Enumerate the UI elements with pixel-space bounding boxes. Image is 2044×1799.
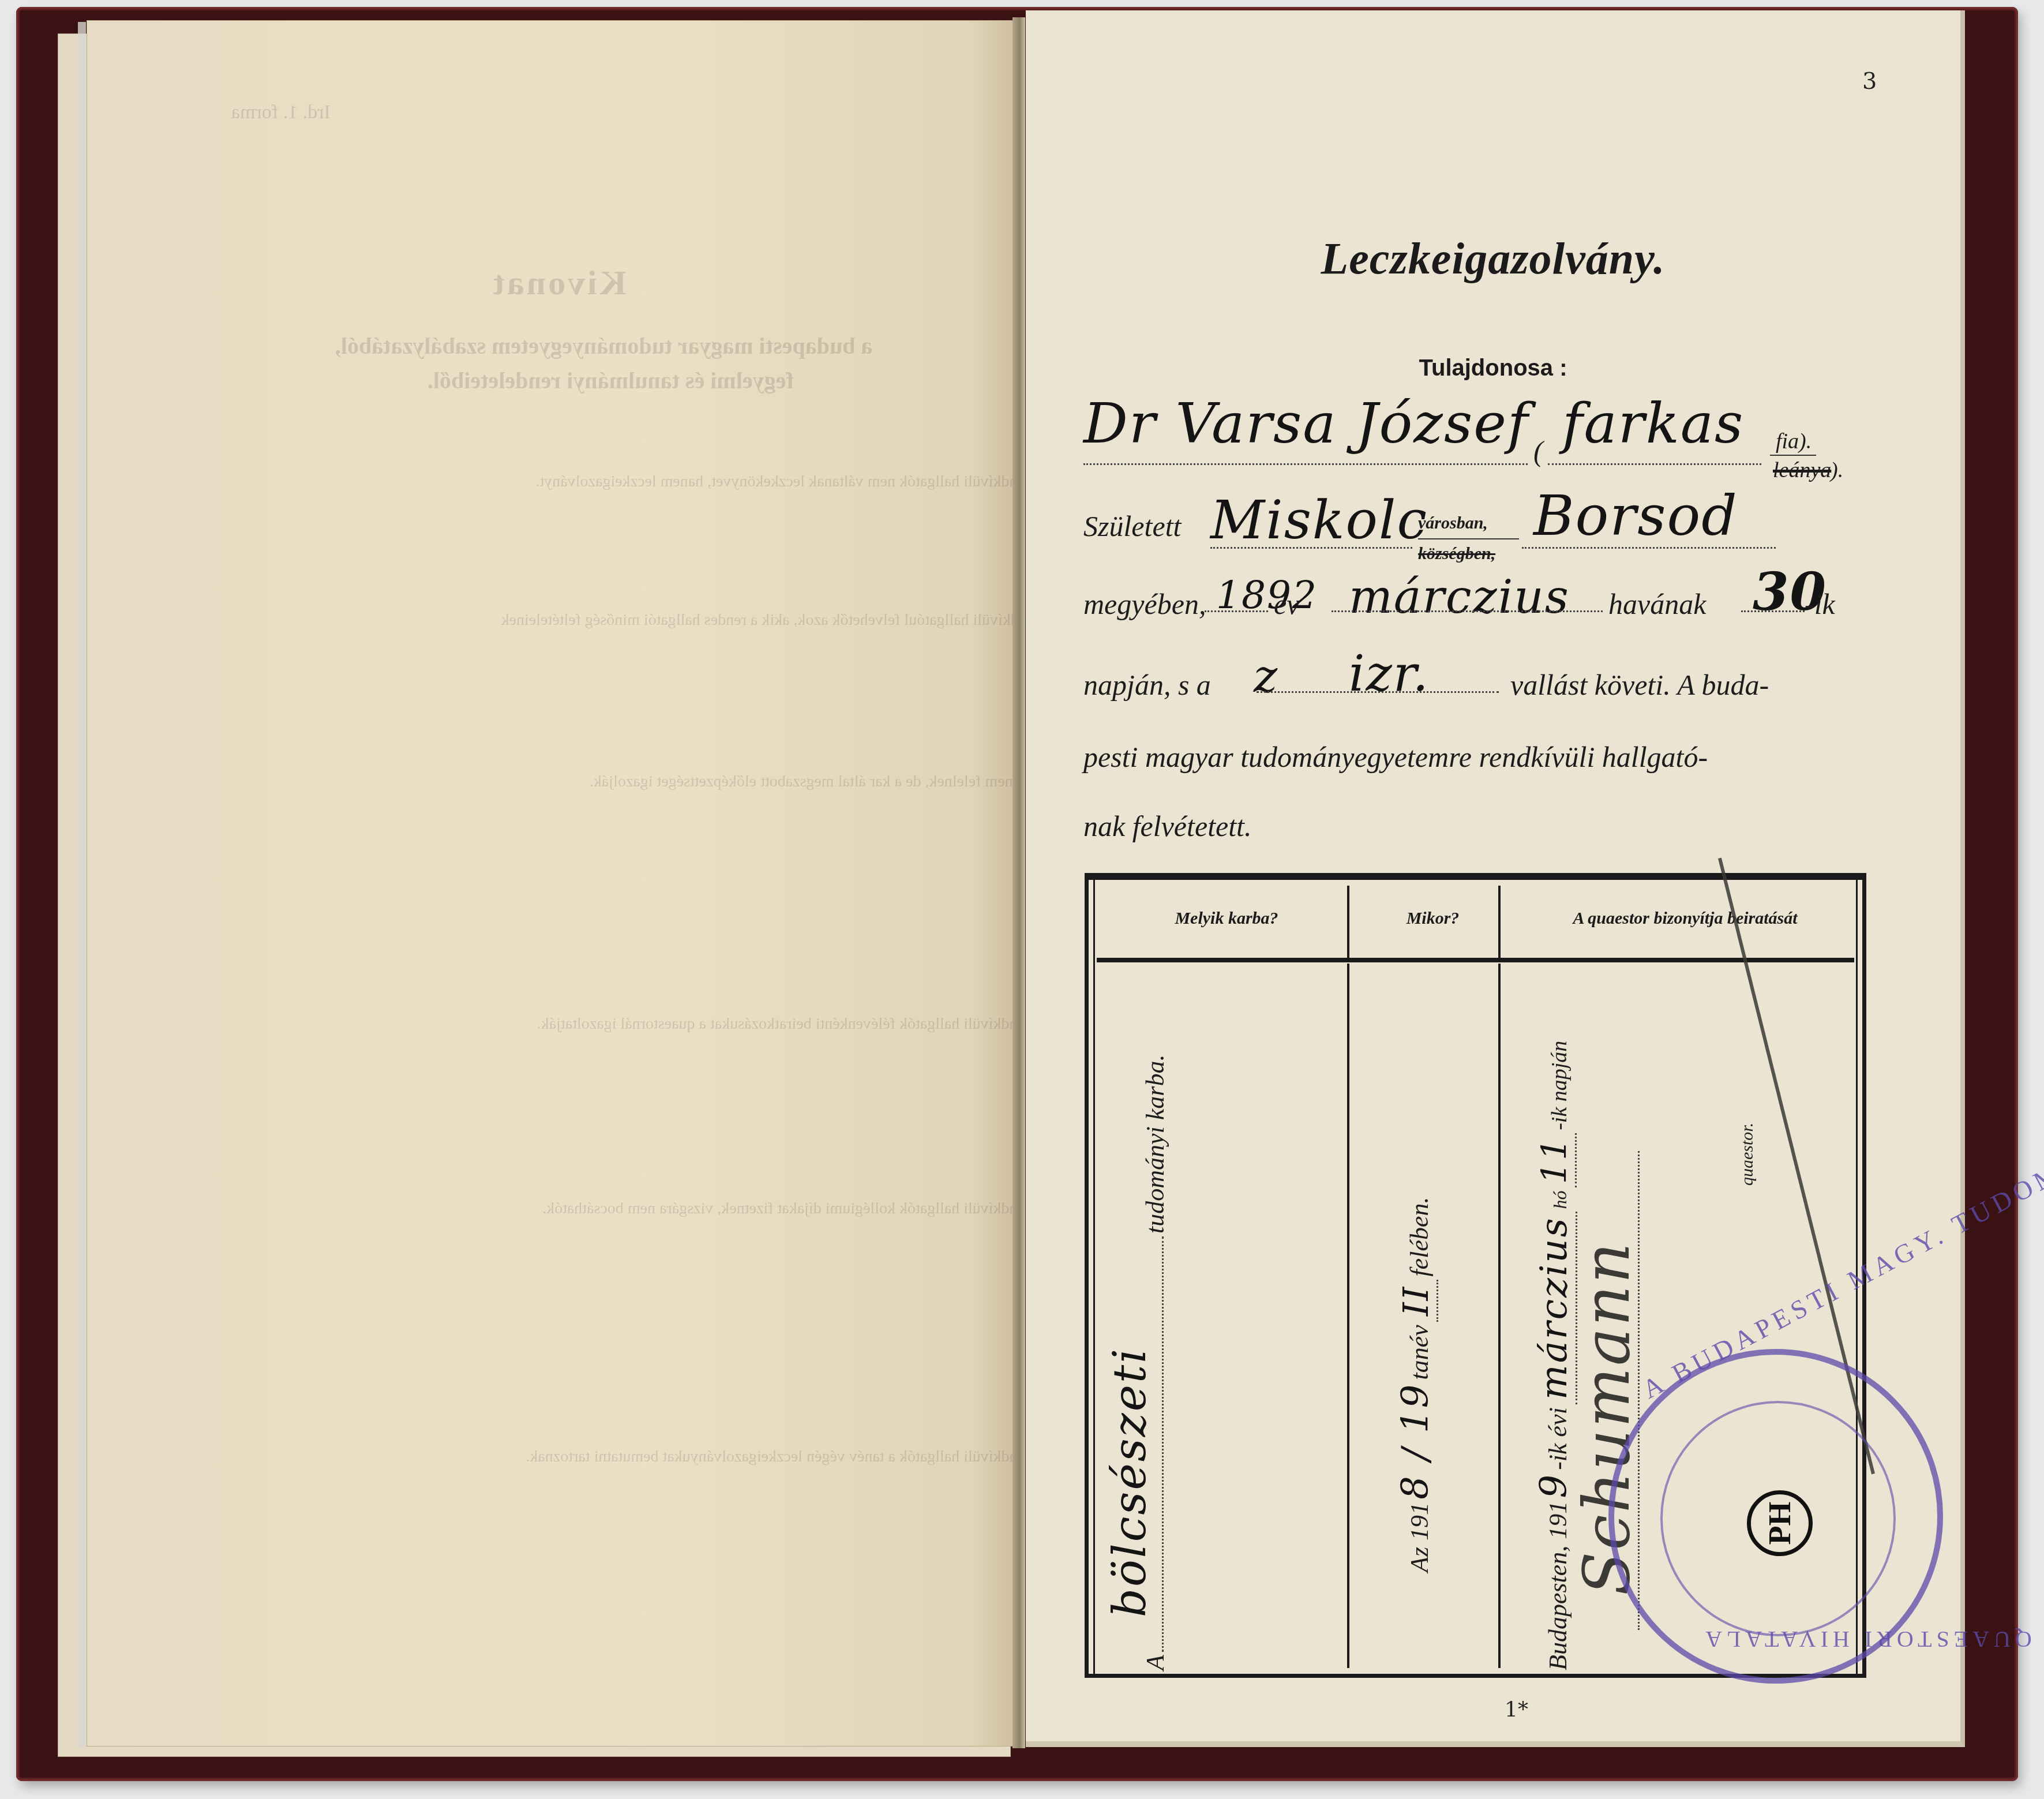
- ghost-subtitle-1: a budapesti magyar tudományegyetem szabá…: [335, 332, 872, 359]
- county-label: megyében,: [1083, 587, 1206, 621]
- stamp-text-bottom: QUAESTORI HIVATALA: [1701, 1626, 2032, 1653]
- owner-label: Tulajdonosa :: [1026, 355, 1960, 381]
- table-inner-border-left: [1093, 880, 1095, 1674]
- fraction-line: [1770, 455, 1816, 456]
- faculty-prefix: A: [1141, 1655, 1169, 1670]
- when-middle: tanév: [1405, 1325, 1434, 1380]
- day-label: napján, s a: [1083, 668, 1211, 702]
- quaestor-year-suffix: -ik évi: [1544, 1407, 1572, 1470]
- university-stamp: A BUDAPESTI MAGY. TUDOMÁNYEGYETEM QUAEST…: [1608, 1349, 1943, 1684]
- page-number: 3: [1862, 68, 1877, 95]
- child-option-daughter-suffix: ).: [1831, 458, 1843, 483]
- ghost-corner-text: Ird. 1. forma: [231, 102, 331, 123]
- ghost-line: A rendkívüli hallgatók nem váltanak lecz…: [237, 459, 1045, 504]
- column-divider-1: [1347, 964, 1349, 1668]
- right-page: 3 Leczkeigazolvány. Tulajdonosa : Dr Var…: [1026, 10, 1965, 1747]
- document-title: Leczkeigazolvány.: [1026, 233, 1960, 284]
- ghost-line: A rendkívüli hallgatók a tanév végén lec…: [237, 1434, 1045, 1479]
- header-faculty: Melyik karba?: [1097, 909, 1356, 928]
- book-gutter: [1012, 17, 1025, 1748]
- child-option-daughter: leánya: [1773, 458, 1831, 483]
- birth-place-line: [1210, 547, 1412, 549]
- child-option-son: fia).: [1776, 429, 1812, 454]
- binding-tape: [78, 22, 86, 1747]
- birth-year-line: [1205, 610, 1268, 612]
- father-name-line: [1548, 463, 1761, 465]
- birth-day-line: [1741, 610, 1805, 612]
- place-fraction-line: [1418, 538, 1519, 539]
- year-label: év: [1274, 587, 1299, 621]
- county-handwritten: Borsod: [1533, 484, 1738, 548]
- column-divider-2: [1498, 964, 1501, 1668]
- county-line: [1522, 547, 1776, 549]
- faculty-handwritten: bölcsészeti: [1104, 1347, 1156, 1617]
- day-suffix: -ik: [1805, 587, 1835, 621]
- ghost-line: A rendkívüli hallgatók kollégiumi díjaka…: [237, 1186, 1045, 1231]
- place-type-village: községben,: [1418, 544, 1495, 564]
- ph-mark: PH: [1747, 1490, 1813, 1556]
- religion-line: [1257, 691, 1499, 693]
- when-handwritten-semester: II: [1396, 1285, 1437, 1316]
- religion-label: vallást követi. A buda-: [1510, 668, 1769, 702]
- month-label: havának: [1608, 587, 1706, 621]
- quaestor-handwritten-day: 11: [1535, 1137, 1575, 1184]
- place-type-city: városban,: [1418, 514, 1488, 533]
- religion-handwritten: izr.: [1349, 645, 1430, 703]
- faculty-line: bölcsészeti: [1162, 1236, 1164, 1652]
- admission-text-line-4: pesti magyar tudományegyetemre rendkívül…: [1083, 740, 1708, 774]
- when-suffix: felében.: [1405, 1197, 1434, 1276]
- owner-name-handwritten: Dr Varsa József: [1083, 391, 1529, 456]
- quaestor-month-suffix: hó: [1550, 1190, 1570, 1209]
- quaestor-label-wrap: quaestor.: [1738, 1123, 1757, 1186]
- ghost-line: meg nem felelnek, de a kar által megszab…: [237, 759, 1045, 804]
- header-when: Mikor?: [1359, 909, 1506, 928]
- printer-signature-mark: 1*: [1505, 1698, 1528, 1722]
- owner-name-line: [1083, 463, 1528, 465]
- when-cell: Az 191 8 / 19 tanév II felében.: [1394, 1197, 1438, 1572]
- faculty-cell: A bölcsészeti tudományi karba.: [1141, 1055, 1170, 1670]
- quaestor-label: quaestor.: [1738, 1123, 1757, 1186]
- ghost-line: A rendkívüli hallgatók félévenkénti beir…: [237, 1002, 1045, 1047]
- ghost-subtitle-2: fegyelmi és tanulmányi rendeleteiből.: [427, 367, 794, 394]
- header-divider-2: [1498, 886, 1501, 958]
- when-prefix: Az 191: [1405, 1502, 1434, 1572]
- header-quaestor: A quaestor bizonyítja beiratását: [1509, 909, 1861, 928]
- quaestor-day-suffix: -ik napján: [1547, 1041, 1572, 1130]
- quaestor-handwritten-month: márczius: [1533, 1216, 1576, 1400]
- paren-open: (: [1533, 434, 1543, 468]
- left-page: Ird. 1. forma Kivonat a budapesti magyar…: [87, 20, 1017, 1746]
- faculty-suffix: tudományi karba.: [1141, 1055, 1169, 1234]
- birth-month-line: [1332, 610, 1603, 612]
- religion-article-handwritten: z: [1254, 651, 1278, 703]
- header-divider-1: [1347, 886, 1349, 958]
- when-handwritten-year: 8 / 19: [1394, 1383, 1437, 1500]
- ghost-line: Rendkívüli hallgatóul felvehetők azok, a…: [237, 598, 1045, 643]
- quaestor-prefix: Budapesten, 191: [1544, 1501, 1572, 1670]
- ghost-title: Kivonat: [491, 263, 627, 303]
- father-name-handwritten: farkas: [1562, 391, 1744, 456]
- birth-place-handwritten: Miskolc: [1210, 489, 1428, 551]
- born-label: Született: [1083, 509, 1181, 543]
- admission-text-line-5: nak felvétetett.: [1083, 809, 1252, 843]
- birth-month-handwritten: márczius: [1349, 570, 1570, 624]
- quaestor-handwritten-year: 9: [1533, 1473, 1576, 1498]
